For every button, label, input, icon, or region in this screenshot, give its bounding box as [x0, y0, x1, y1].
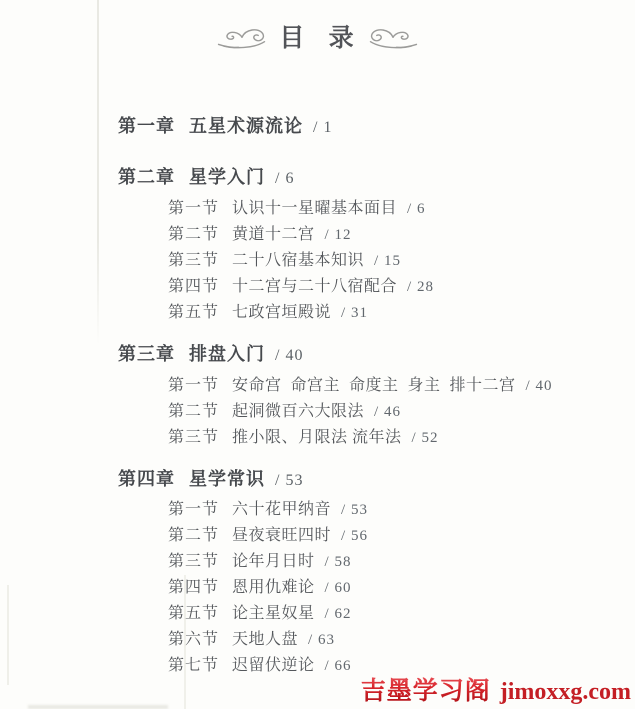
- chapter-page-number: / 1: [313, 119, 332, 136]
- section-page-number: / 6: [407, 201, 425, 217]
- watermark-footer: 吉墨学习阁 jimoxxg.com: [361, 671, 631, 707]
- section-title: 天地人盘: [232, 631, 298, 648]
- chapter-label: 第二章: [118, 167, 175, 187]
- scanned-toc-page: 目 录 第一章五星术源流论/ 1第二章星学入门/ 6第一节认识十一星曜基本面目/…: [0, 0, 635, 709]
- chapter-page-number: / 40: [275, 347, 303, 364]
- toc-section-row: 第三节论年月日时/ 58: [168, 549, 609, 575]
- toc-section-row: 第一节安命宫 命宫主 命度主 身主 排十二宫/ 40: [168, 373, 609, 399]
- chapter-label: 第四章: [118, 469, 175, 489]
- toc-section-row: 第一节六十花甲纳音/ 53: [168, 497, 609, 523]
- section-label: 第二节: [168, 403, 219, 420]
- section-page-number: / 56: [341, 528, 368, 544]
- chapter-title: 星学入门: [189, 167, 265, 187]
- section-title: 推小限、月限法 流年法: [232, 429, 402, 446]
- section-page-number: / 15: [374, 253, 401, 269]
- watermark-site-url: jimoxxg.com: [500, 679, 631, 706]
- section-label: 第六节: [168, 631, 219, 648]
- toc-chapter: 第四章星学常识/ 53第一节六十花甲纳音/ 53第二节昼夜衰旺四时/ 56第三节…: [118, 468, 609, 679]
- section-page-number: / 28: [407, 279, 434, 295]
- section-label: 第三节: [168, 429, 219, 446]
- toc-section-row: 第一节认识十一星曜基本面目/ 6: [168, 196, 609, 222]
- section-page-number: / 63: [308, 632, 335, 648]
- toc-section-row: 第二节黄道十二宫/ 12: [168, 222, 609, 248]
- section-label: 第一节: [168, 501, 219, 518]
- section-title: 恩用仇难论: [232, 579, 315, 596]
- section-page-number: / 62: [325, 606, 352, 622]
- section-title: 起洞微百六大限法: [232, 403, 364, 420]
- section-title: 迟留伏逆论: [232, 657, 315, 674]
- chapter-page-number: / 6: [275, 170, 294, 187]
- cloud-scroll-ornament-left-icon: [215, 24, 269, 54]
- section-label: 第一节: [168, 377, 219, 394]
- section-list: 第一节六十花甲纳音/ 53第二节昼夜衰旺四时/ 56第三节论年月日时/ 58第四…: [168, 497, 609, 679]
- chapter-label: 第三章: [118, 344, 175, 364]
- section-title: 黄道十二宫: [232, 226, 315, 243]
- section-label: 第一节: [168, 200, 219, 217]
- section-page-number: / 46: [374, 404, 401, 420]
- toc-section-row: 第五节论主星奴星/ 62: [168, 601, 609, 627]
- toc-chapter-row: 第四章星学常识/ 53: [118, 468, 609, 492]
- section-list: 第一节安命宫 命宫主 命度主 身主 排十二宫/ 40第二节起洞微百六大限法/ 4…: [168, 373, 609, 451]
- section-page-number: / 12: [325, 227, 352, 243]
- toc-chapter: 第二章星学入门/ 6第一节认识十一星曜基本面目/ 6第二节黄道十二宫/ 12第三…: [118, 166, 609, 326]
- section-page-number: / 53: [341, 502, 368, 518]
- section-page-number: / 60: [325, 580, 352, 596]
- toc-chapter: 第一章五星术源流论/ 1: [118, 115, 609, 139]
- section-title: 论年月日时: [232, 553, 315, 570]
- section-title: 昼夜衰旺四时: [232, 527, 331, 544]
- scan-artifact-line: [7, 585, 9, 685]
- section-label: 第三节: [168, 252, 219, 269]
- section-page-number: / 40: [526, 378, 553, 394]
- watermark-site-name: 吉墨学习阁: [361, 671, 491, 707]
- toc-chapter: 第三章排盘入门/ 40第一节安命宫 命宫主 命度主 身主 排十二宫/ 40第二节…: [118, 343, 609, 451]
- chapter-title: 排盘入门: [189, 344, 265, 364]
- page-title: 目 录: [279, 22, 355, 56]
- cloud-scroll-ornament-right-icon: [366, 24, 420, 54]
- chapter-label: 第一章: [118, 116, 175, 136]
- toc-chapter-row: 第三章排盘入门/ 40: [118, 343, 609, 367]
- section-page-number: / 66: [325, 658, 352, 674]
- section-label: 第五节: [168, 304, 219, 321]
- toc-section-row: 第四节十二宫与二十八宿配合/ 28: [168, 274, 609, 300]
- section-title: 七政宫垣殿说: [232, 304, 331, 321]
- toc-chapter-row: 第二章星学入门/ 6: [118, 166, 609, 190]
- section-title: 认识十一星曜基本面目: [232, 200, 397, 217]
- section-label: 第二节: [168, 226, 219, 243]
- section-title: 十二宫与二十八宿配合: [232, 278, 397, 295]
- section-label: 第三节: [168, 553, 219, 570]
- scan-artifact-smudge: [28, 705, 168, 709]
- section-label: 第四节: [168, 278, 219, 295]
- toc: 第一章五星术源流论/ 1第二章星学入门/ 6第一节认识十一星曜基本面目/ 6第二…: [118, 107, 609, 679]
- section-title: 论主星奴星: [232, 605, 315, 622]
- section-list: 第一节认识十一星曜基本面目/ 6第二节黄道十二宫/ 12第三节二十八宿基本知识/…: [168, 196, 609, 326]
- section-label: 第七节: [168, 657, 219, 674]
- section-title: 六十花甲纳音: [232, 501, 331, 518]
- toc-section-row: 第二节昼夜衰旺四时/ 56: [168, 523, 609, 549]
- toc-section-row: 第二节起洞微百六大限法/ 46: [168, 399, 609, 425]
- section-label: 第二节: [168, 527, 219, 544]
- chapter-title: 星学常识: [189, 469, 265, 489]
- toc-chapter-row: 第一章五星术源流论/ 1: [118, 115, 609, 139]
- toc-section-row: 第三节二十八宿基本知识/ 15: [168, 248, 609, 274]
- chapter-page-number: / 53: [275, 472, 303, 489]
- toc-section-row: 第三节推小限、月限法 流年法/ 52: [168, 425, 609, 451]
- section-page-number: / 52: [412, 430, 439, 446]
- toc-section-row: 第六节天地人盘/ 63: [168, 627, 609, 653]
- section-label: 第四节: [168, 579, 219, 596]
- section-title: 二十八宿基本知识: [232, 252, 364, 269]
- section-page-number: / 58: [325, 554, 352, 570]
- section-title: 安命宫 命宫主 命度主 身主 排十二宫: [232, 377, 516, 394]
- toc-section-row: 第四节恩用仇难论/ 60: [168, 575, 609, 601]
- toc-section-row: 第五节七政宫垣殿说/ 31: [168, 300, 609, 326]
- title-row: 目 录: [0, 22, 635, 56]
- section-page-number: / 31: [341, 305, 368, 321]
- section-label: 第五节: [168, 605, 219, 622]
- chapter-title: 五星术源流论: [189, 116, 303, 136]
